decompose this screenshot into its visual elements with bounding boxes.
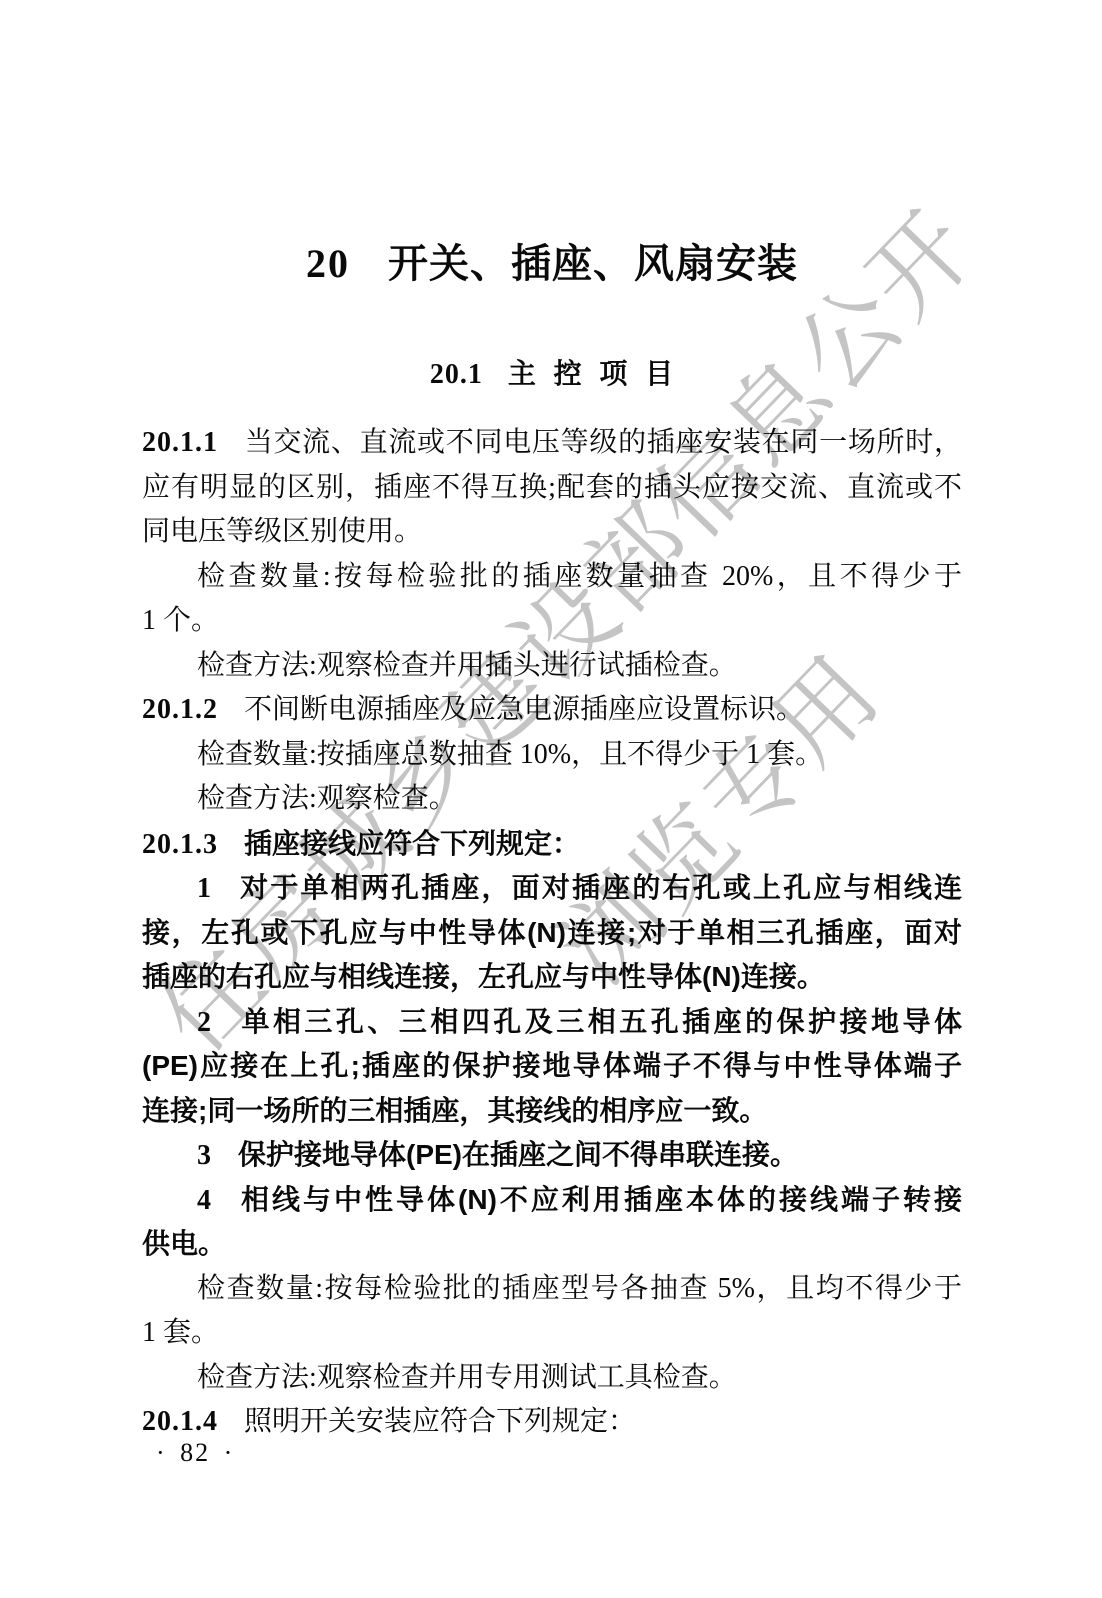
page-number: · 82 · [156, 1436, 234, 1470]
clause-number: 20.1.2 [142, 694, 218, 725]
clause-text: 检查方法:观察检查并用专用测试工具检查。 [197, 1362, 737, 1393]
clause-text: 检查方法:观察检查。 [197, 783, 457, 814]
section-title: 20.1主 控 项 目 [142, 356, 962, 393]
text-line: 1对于单相两孔插座，面对插座的右孔或上孔应与相线连 [142, 866, 962, 911]
chapter-title: 20开关、插座、风扇安装 [142, 240, 962, 288]
text-line: 接，左孔或下孔应与中性导体(N)连接;对于单相三孔插座，面对 [142, 911, 962, 956]
text-line: 检查数量:按每检验批的插座数量抽查 20%，且不得少于 [142, 555, 962, 600]
text-line: 同电压等级区别使用。 [142, 510, 962, 555]
chapter-title-text: 开关、插座、风扇安装 [388, 241, 798, 286]
clause-text: 不间断电源插座及应急电源插座应设置标识。 [244, 694, 804, 725]
clause-text: 1 个。 [142, 605, 219, 636]
clause-text: (PE)应接在上孔;插座的保护接地导体端子不得与中性导体端子 [142, 1050, 962, 1081]
text-line: 20.1.3插座接线应符合下列规定： [142, 822, 962, 867]
clause-text: 连接;同一场所的三相插座，其接线的相序应一致。 [142, 1095, 767, 1126]
clause-text: 检查数量:按每检验批的插座型号各抽查 5%，且均不得少于 [197, 1273, 962, 1304]
clause-text: 检查数量:按插座总数抽查 10%，且不得少于 1 套。 [197, 739, 823, 770]
text-line: 检查方法:观察检查并用插头进行试插检查。 [142, 644, 962, 689]
section-title-text: 主 控 项 目 [508, 358, 674, 389]
text-line: 检查方法:观察检查。 [142, 777, 962, 822]
text-line: 连接;同一场所的三相插座，其接线的相序应一致。 [142, 1089, 962, 1134]
chapter-number: 20 [306, 241, 350, 286]
text-line: 3保护接地导体(PE)在插座之间不得串联连接。 [142, 1133, 962, 1178]
document-page: 住房城乡建设部信息公开 浏览专用 20开关、插座、风扇安装 20.1主 控 项 … [0, 0, 1102, 1598]
text-line: 20.1.1当交流、直流或不同电压等级的插座安装在同一场所时， [142, 421, 962, 466]
clause-number: 20.1.3 [142, 829, 218, 860]
clause-number: 4 [197, 1185, 212, 1216]
clause-text: 插座接线应符合下列规定： [244, 828, 580, 859]
text-line: 1 个。 [142, 599, 962, 644]
clause-number: 20.1.1 [142, 427, 218, 458]
clause-text: 保护接地导体(PE)在插座之间不得串联连接。 [238, 1139, 798, 1170]
text-line: 2单相三孔、三相四孔及三相五孔插座的保护接地导体 [142, 1000, 962, 1045]
clause-text: 检查方法:观察检查并用插头进行试插检查。 [197, 650, 737, 681]
clause-text: 当交流、直流或不同电压等级的插座安装在同一场所时， [244, 427, 962, 458]
text-line: 20.1.2不间断电源插座及应急电源插座应设置标识。 [142, 688, 962, 733]
text-line: 应有明显的区别，插座不得互换;配套的插头应按交流、直流或不 [142, 466, 962, 511]
text-line: 检查方法:观察检查并用专用测试工具检查。 [142, 1356, 962, 1401]
clause-text: 1 套。 [142, 1317, 219, 1348]
text-line: 供电。 [142, 1222, 962, 1267]
clause-number: 3 [197, 1140, 212, 1171]
text-line: 检查数量:按插座总数抽查 10%，且不得少于 1 套。 [142, 733, 962, 778]
clause-text: 应有明显的区别，插座不得互换;配套的插头应按交流、直流或不 [142, 472, 962, 503]
clause-number: 1 [197, 873, 212, 904]
text-line: 插座的右孔应与相线连接，左孔应与中性导体(N)连接。 [142, 955, 962, 1000]
clause-number: 2 [197, 1007, 212, 1038]
section-number: 20.1 [430, 359, 483, 390]
clause-text: 接，左孔或下孔应与中性导体(N)连接;对于单相三孔插座，面对 [142, 917, 962, 948]
clause-text: 插座的右孔应与相线连接，左孔应与中性导体(N)连接。 [142, 961, 825, 992]
body-text: 20.1.1当交流、直流或不同电压等级的插座安装在同一场所时，应有明显的区别，插… [142, 421, 962, 1445]
clause-number: 20.1.4 [142, 1406, 218, 1437]
clause-text: 单相三孔、三相四孔及三相五孔插座的保护接地导体 [238, 1006, 962, 1037]
text-line: 1 套。 [142, 1311, 962, 1356]
clause-text: 同电压等级区别使用。 [142, 516, 422, 547]
text-line: 4相线与中性导体(N)不应利用插座本体的接线端子转接 [142, 1178, 962, 1223]
clause-text: 对于单相两孔插座，面对插座的右孔或上孔应与相线连 [238, 872, 962, 903]
clause-text: 相线与中性导体(N)不应利用插座本体的接线端子转接 [238, 1184, 962, 1215]
clause-text: 检查数量:按每检验批的插座数量抽查 20%，且不得少于 [197, 561, 962, 592]
text-line: (PE)应接在上孔;插座的保护接地导体端子不得与中性导体端子 [142, 1044, 962, 1089]
clause-text: 照明开关安装应符合下列规定： [244, 1406, 636, 1437]
text-line: 20.1.4照明开关安装应符合下列规定： [142, 1400, 962, 1445]
clause-text: 供电。 [142, 1228, 226, 1259]
text-line: 检查数量:按每检验批的插座型号各抽查 5%，且均不得少于 [142, 1267, 962, 1312]
